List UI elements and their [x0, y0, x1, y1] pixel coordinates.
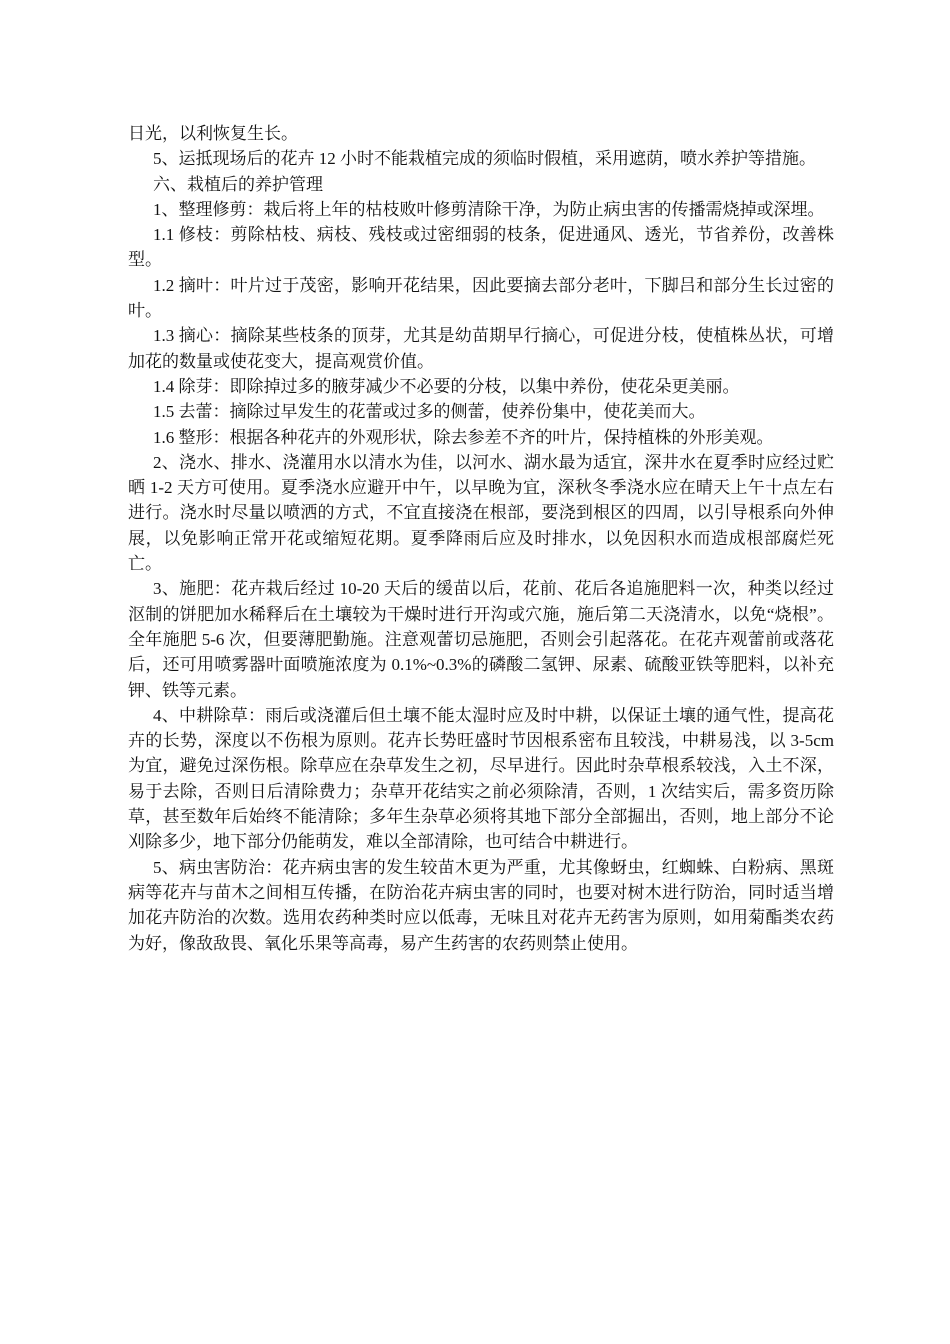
paragraph: 1.2 摘叶：叶片过于茂密，影响开花结果，因此要摘去部分老叶，下脚吕和部分生长过…: [128, 273, 834, 324]
paragraph: 4、中耕除草：雨后或浇灌后但土壤不能太湿时应及时中耕，以保证土壤的通气性，提高花…: [128, 703, 834, 855]
paragraph: 1、整理修剪：栽后将上年的枯枝败叶修剪清除干净，为防止病虫害的传播需烧掉或深埋。: [128, 197, 834, 222]
paragraph: 2、浇水、排水、浇灌用水以清水为佳，以河水、湖水最为适宜，深井水在夏季时应经过贮…: [128, 450, 834, 576]
paragraph: 日光，以利恢复生长。: [128, 121, 834, 146]
paragraph: 3、施肥：花卉栽后经过 10-20 天后的缓苗以后，花前、花后各追施肥料一次，种…: [128, 576, 834, 702]
document-body: 日光，以利恢复生长。5、运抵现场后的花卉 12 小时不能栽植完成的须临时假植，采…: [128, 121, 834, 956]
paragraph: 1.5 去蕾：摘除过早发生的花蕾或过多的侧蕾，使养份集中，使花美而大。: [128, 399, 834, 424]
paragraph: 1.6 整形：根据各种花卉的外观形状，除去参差不齐的叶片，保持植株的外形美观。: [128, 425, 834, 450]
paragraph: 1.3 摘心：摘除某些枝条的顶芽，尤其是幼苗期早行摘心，可促进分枝，使植株丛状，…: [128, 323, 834, 374]
paragraph: 5、病虫害防治：花卉病虫害的发生较苗木更为严重，尤其像蚜虫，红蜘蛛、白粉病、黑斑…: [128, 855, 834, 956]
paragraph: 1.1 修枝：剪除枯枝、病枝、残枝或过密细弱的枝条，促进通风、透光，节省养份，改…: [128, 222, 834, 273]
document-page: 日光，以利恢复生长。5、运抵现场后的花卉 12 小时不能栽植完成的须临时假植，采…: [0, 0, 950, 1344]
paragraph: 六、栽植后的养护管理: [128, 172, 834, 197]
paragraph: 5、运抵现场后的花卉 12 小时不能栽植完成的须临时假植，采用遮荫，喷水养护等措…: [128, 146, 834, 171]
paragraph: 1.4 除芽：即除掉过多的腋芽减少不必要的分枝，以集中养份，使花朵更美丽。: [128, 374, 834, 399]
